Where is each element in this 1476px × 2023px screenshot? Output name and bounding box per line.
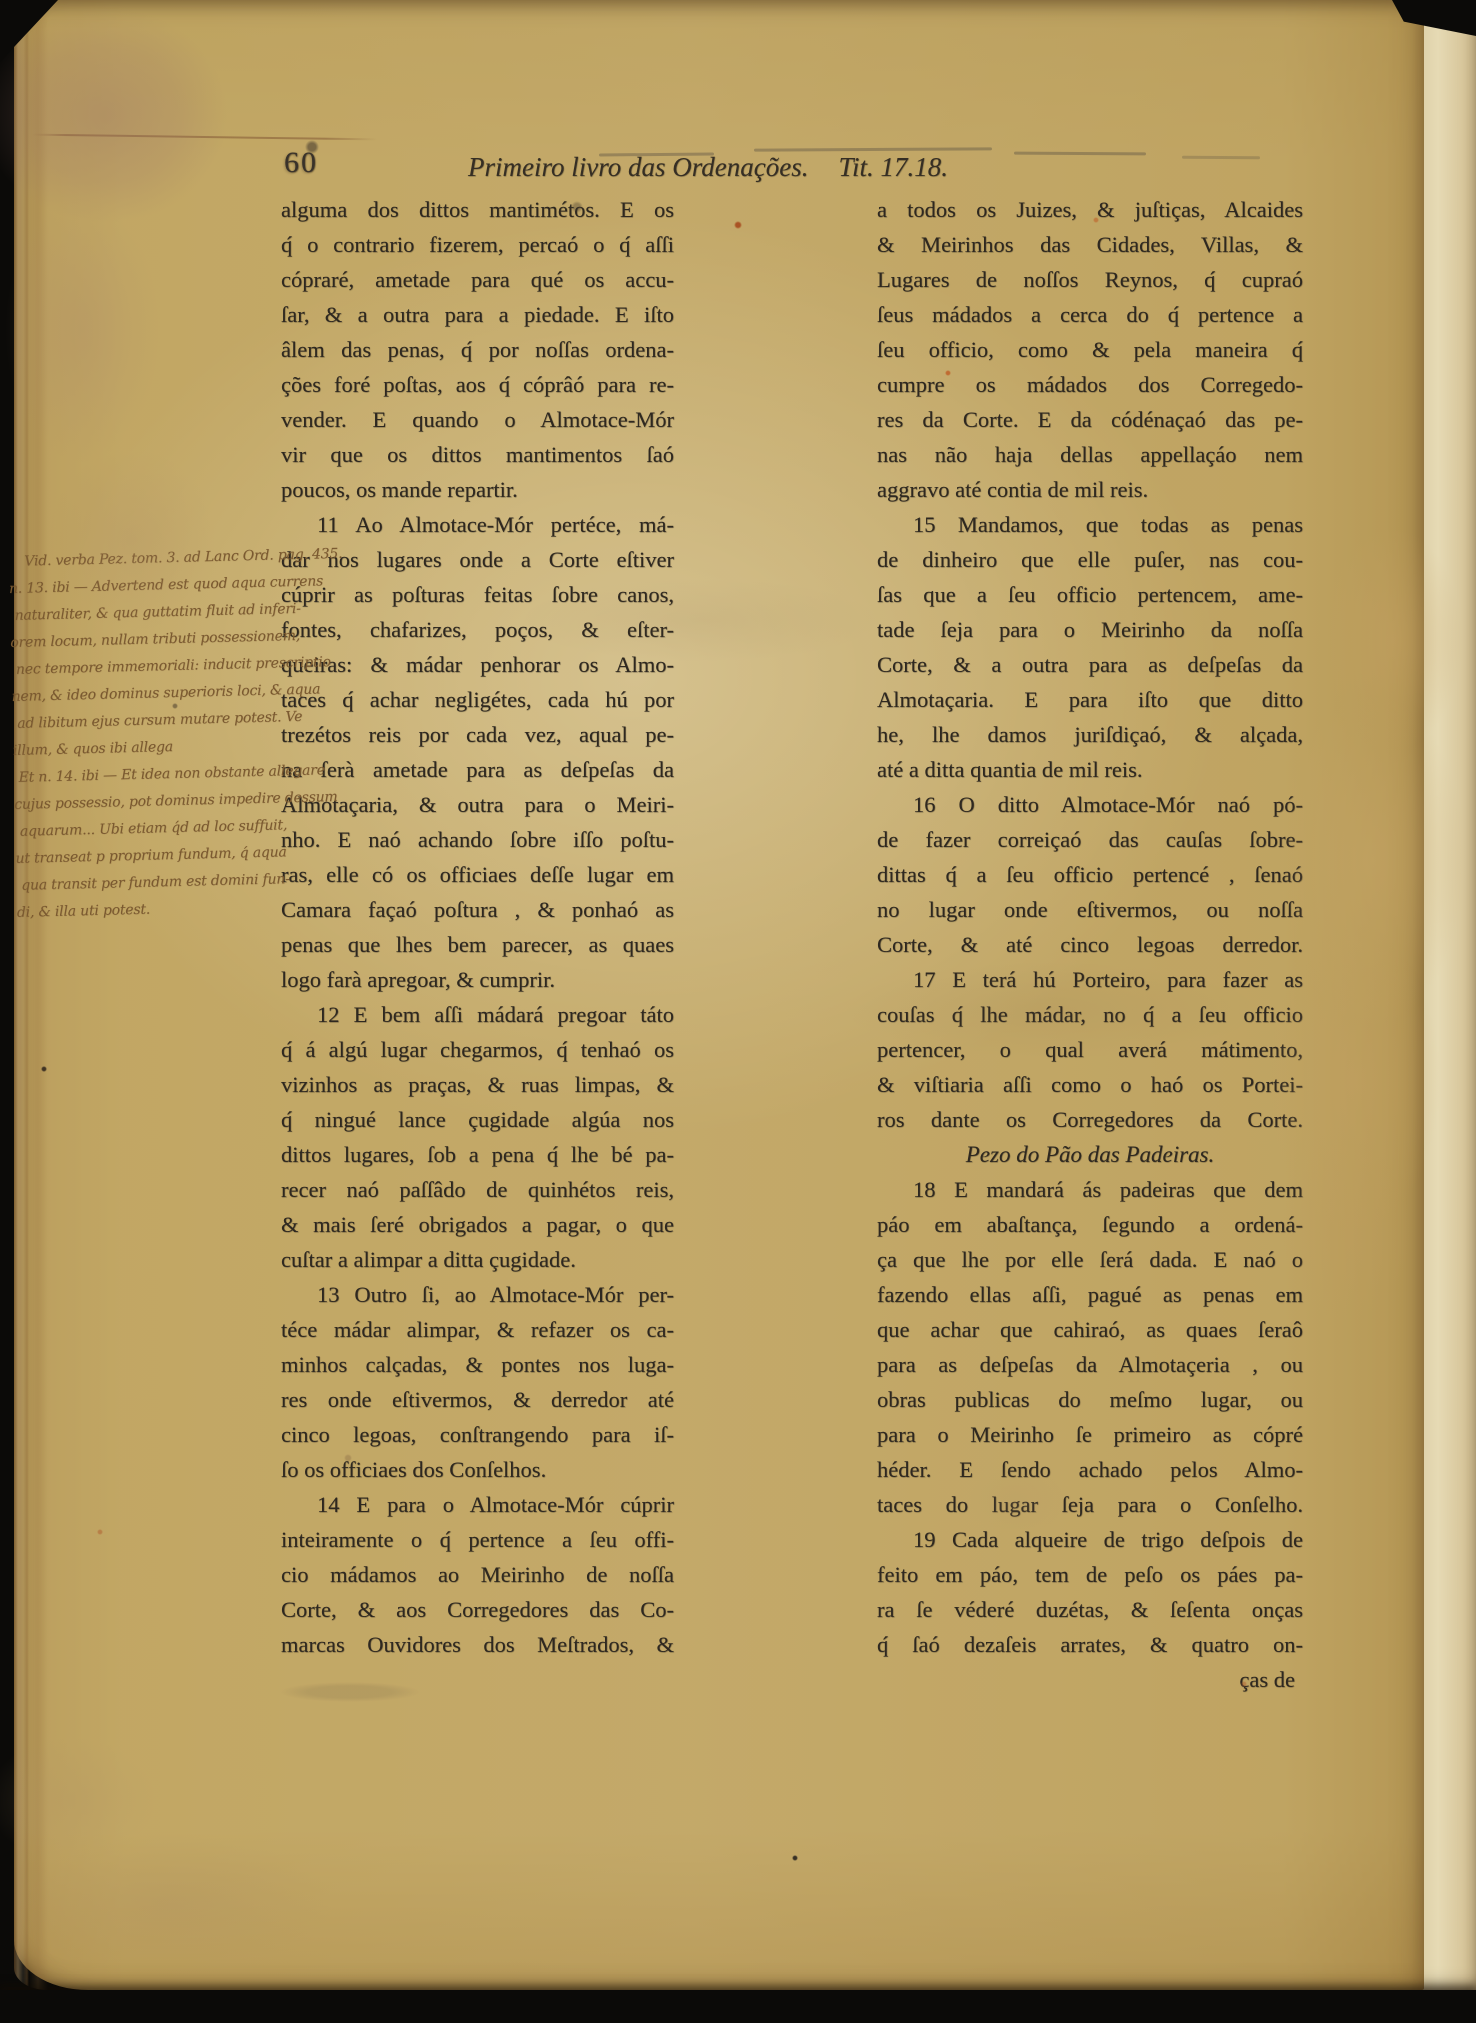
title-reference: Tit. 17.18.: [838, 152, 948, 182]
text-line: ſar, & a outra para a piedade. E iſto: [281, 297, 674, 332]
text-line: cópraré, ametade para qué os accu-: [281, 262, 674, 297]
text-line: para o Meirinho ſe primeiro as cópré: [877, 1417, 1303, 1452]
catchword: ças de: [877, 1662, 1303, 1697]
text-line: logo farà apregoar, & cumprir.: [281, 962, 674, 997]
text-line: penas que lhes bem parecer, as quaes: [281, 927, 674, 962]
text-line: para as deſpeſas da Almotaçeria , ou: [877, 1347, 1303, 1382]
text-line: inteiramente o q́ pertence a ſeu offi-: [281, 1522, 674, 1557]
text-line: de fazer correiçaó das cauſas ſobre-: [877, 822, 1303, 857]
text-line: res da Corte. E da códénaçaó das pe-: [877, 402, 1303, 437]
text-line: Camara façaó poſtura , & ponhaó as: [281, 892, 674, 927]
text-line: ſeus mádados a cerca do q́ pertence a: [877, 297, 1303, 332]
scratch-mark: [32, 134, 377, 141]
scan-edge-bottom: [0, 1990, 1476, 2023]
text-line: 19 Cada alqueire de trigo deſpois de: [877, 1522, 1303, 1557]
text-line: ſas que a ſeu officio pertencem, ame-: [877, 577, 1303, 612]
text-line: 13 Outro ſi, ao Almotace-Mór per-: [281, 1277, 674, 1312]
text-line: feito em páo, tem de peſo os páes pa-: [877, 1557, 1303, 1592]
text-line: trezétos reis por cada vez, aqual pe-: [281, 717, 674, 752]
text-line: cio mádamos ao Meirinho de noſſa: [281, 1557, 674, 1592]
text-column-right: a todos os Juizes, & juſtiças, Alcaides&…: [877, 192, 1303, 1697]
page-number: 60: [284, 146, 318, 180]
text-line: recer naó paſſâdo de quinhétos reis,: [281, 1172, 674, 1207]
text-line: 12 E bem aſſi mádará pregoar táto: [281, 997, 674, 1032]
text-line: 11 Ao Almotace-Mór pertéce, má-: [281, 507, 674, 542]
text-line: res onde eſtivermos, & derredor até: [281, 1382, 674, 1417]
text-line: marcas Ouvidores dos Meſtrados, &: [281, 1627, 674, 1662]
ink-dash: [1014, 152, 1146, 155]
section-heading: Pezo do Pão das Padeiras.: [877, 1137, 1303, 1172]
text-line: cumpre os mádados dos Corregedo-: [877, 367, 1303, 402]
book-scan: 60 Primeiro livro das Ordenações.Tit. 17…: [0, 0, 1476, 2023]
text-line: & viſtiaria aſſi como o haó os Portei-: [877, 1067, 1303, 1102]
text-line: 17 E terá hú Porteiro, para fazer as: [877, 962, 1303, 997]
text-line: he, lhe damos juriſdiçaó, & alçada,: [877, 717, 1303, 752]
text-line: q́ ſaó dezaſeis arrates, & quatro on-: [877, 1627, 1303, 1662]
text-line: q́ o contrario fizerem, percaó o q́ aſſi: [281, 227, 674, 262]
text-line: obras publicas do meſmo lugar, ou: [877, 1382, 1303, 1417]
text-line: no lugar onde eſtivermos, ou noſſa: [877, 892, 1303, 927]
ink-dash: [1182, 156, 1260, 159]
text-line: vizinhos as praças, & ruas limpas, &: [281, 1067, 674, 1102]
text-line: dittas q́ a ſeu officio pertencé , ſenaó: [877, 857, 1303, 892]
text-line: vir que os dittos mantimentos ſaó: [281, 437, 674, 472]
text-line: tade ſeja para o Meirinho da noſſa: [877, 612, 1303, 647]
text-line: alguma dos dittos mantimétos. E os: [281, 192, 674, 227]
text-line: dittos lugares, ſob a pena q́ lhe bé pa-: [281, 1137, 674, 1172]
text-line: q́ á algú lugar chegarmos, q́ tenhaó os: [281, 1032, 674, 1067]
text-line: vender. E quando o Almotace-Mór: [281, 402, 674, 437]
text-line: téce mádar alimpar, & refazer os ca-: [281, 1312, 674, 1347]
text-line: ras, elle có os officiaes deſſe lugar em: [281, 857, 674, 892]
text-line: héder. E ſendo achado pelos Almo-: [877, 1452, 1303, 1487]
text-line: ra ſe véderé duzétas, & ſeſenta onças: [877, 1592, 1303, 1627]
book-page: 60 Primeiro livro das Ordenações.Tit. 17…: [14, 0, 1424, 1990]
text-line: couſas q́ lhe mádar, no q́ a ſeu officio: [877, 997, 1303, 1032]
ink-dash: [754, 147, 992, 151]
text-column-left: alguma dos dittos mantimétos. E osq́ o c…: [281, 192, 674, 1662]
text-line: poucos, os mande repartir.: [281, 472, 674, 507]
text-line: Lugares de noſſos Reynos, q́ cupraó: [877, 262, 1303, 297]
text-line: Corte, & aos Corregedores das Co-: [281, 1592, 674, 1627]
text-line: Almotaçaria, & outra para o Meiri-: [281, 787, 674, 822]
text-line: 15 Mandamos, que todas as penas: [877, 507, 1303, 542]
text-line: ça que lhe por elle ſerá dada. E naó o: [877, 1242, 1303, 1277]
text-line: Almotaçaria. E para iſto que ditto: [877, 682, 1303, 717]
text-line: 16 O ditto Almotace-Mór naó pó-: [877, 787, 1303, 822]
handwritten-marginalia: Vid. verba Pez. tom. 3. ad Lanc Ord. pag…: [8, 542, 295, 927]
text-line: minhos calçadas, & pontes nos luga-: [281, 1347, 674, 1382]
running-title-text: Primeiro livro das Ordenações.: [468, 152, 808, 182]
text-line: 18 E mandará ás padeiras que dem: [877, 1172, 1303, 1207]
text-line: fontes, chafarizes, poços, & eſter-: [281, 612, 674, 647]
text-line: âlem das penas, q́ por noſſas ordena-: [281, 332, 674, 367]
text-line: & Meirinhos das Cidades, Villas, &: [877, 227, 1303, 262]
text-line: taces do lugar ſeja para o Conſelho.: [877, 1487, 1303, 1522]
text-line: taces q́ achar negligétes, cada hú por: [281, 682, 674, 717]
text-line: nas não haja dellas appellaçáo nem: [877, 437, 1303, 472]
text-line: Corte, & a outra para as deſpeſas da: [877, 647, 1303, 682]
marginalia-line: di, & illa uti potest.: [17, 893, 296, 927]
text-line: aggravo até contia de mil reis.: [877, 472, 1303, 507]
running-title: Primeiro livro das Ordenações.Tit. 17.18…: [468, 152, 948, 183]
text-line: ſeu officio, como & pela maneira q́: [877, 332, 1303, 367]
text-line: na ſerà ametade para as deſpeſas da: [281, 752, 674, 787]
text-line: cinco legoas, conſtrangendo para iſ-: [281, 1417, 674, 1452]
text-line: ſo os officiaes dos Conſelhos.: [281, 1452, 674, 1487]
text-line: cuſtar a alimpar a ditta çugidade.: [281, 1242, 674, 1277]
text-line: q́ ningué lance çugidade algúa nos: [281, 1102, 674, 1137]
text-line: de dinheiro que elle puſer, nas cou-: [877, 542, 1303, 577]
text-line: páo em abaſtança, ſegundo a ordená-: [877, 1207, 1303, 1242]
text-line: a todos os Juizes, & juſtiças, Alcaides: [877, 192, 1303, 227]
text-line: fazendo ellas aſſi, pagué as penas em: [877, 1277, 1303, 1312]
text-line: cúprir as poſturas feitas ſobre canos,: [281, 577, 674, 612]
text-line: pertencer, o qual averá mátimento,: [877, 1032, 1303, 1067]
text-line: queiras: & mádar penhorar os Almo-: [281, 647, 674, 682]
text-line: ções foré poſtas, aos q́ cóprâó para re-: [281, 367, 674, 402]
text-line: & mais ſeré obrigados a pagar, o que: [281, 1207, 674, 1242]
text-line: Corte, & até cinco legoas derredor.: [877, 927, 1303, 962]
text-line: que achar que cahiraó, as quaes ſeraô: [877, 1312, 1303, 1347]
text-line: nho. E naó achando ſobre iſſo poſtu-: [281, 822, 674, 857]
text-line: ros dante os Corregedores da Corte.: [877, 1102, 1303, 1137]
text-line: até a ditta quantia de mil reis.: [877, 752, 1303, 787]
text-line: 14 E para o Almotace-Mór cúprir: [281, 1487, 674, 1522]
